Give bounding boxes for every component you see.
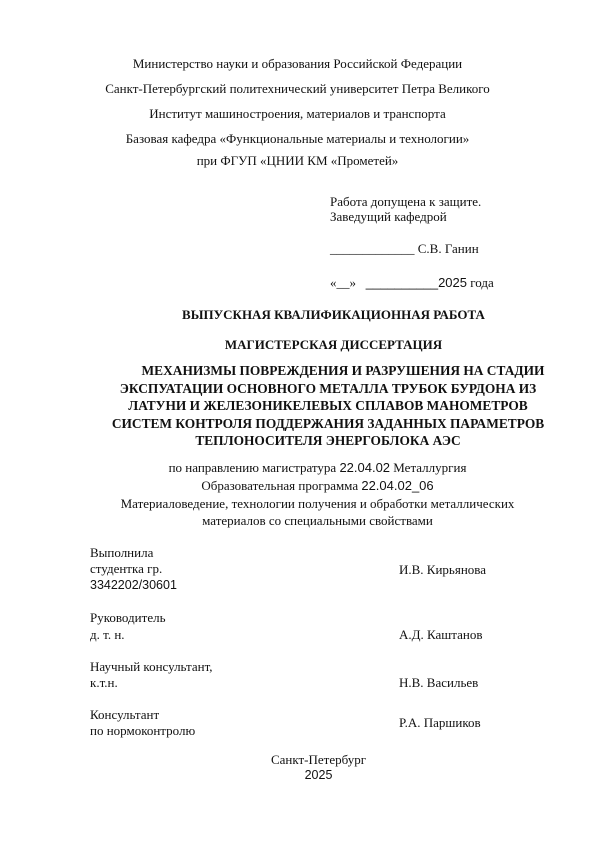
- footer-year: 2025: [0, 767, 595, 783]
- approval-head-title: Заведущий кафедрой: [330, 209, 447, 225]
- head-name: С.В. Ганин: [418, 241, 479, 256]
- footer-city: Санкт-Петербург: [0, 752, 595, 768]
- program-code: 22.04.02_06: [361, 478, 433, 493]
- thesis-title-line: ЛАТУНИ И ЖЕЛЕЗОНИКЕЛЕВЫХ СПЛАВОВ МАНОМЕТ…: [88, 397, 568, 415]
- header-ministry: Министерство науки и образования Российс…: [0, 56, 595, 72]
- signatory-role: Руководитель: [90, 610, 166, 626]
- degree-type: МАГИСТЕРСКАЯ ДИССЕРТАЦИЯ: [0, 337, 595, 353]
- header-university: Санкт-Петербургский политехнический унив…: [0, 81, 595, 97]
- program-code-line: Образовательная программа 22.04.02_06: [0, 478, 595, 494]
- program-direction: по направлению магистратура 22.04.02 Мет…: [0, 460, 595, 476]
- student-group: 3342202/30601: [90, 577, 177, 593]
- thesis-title-line: МЕХАНИЗМЫ ПОВРЕЖДЕНИЯ И РАЗРУШЕНИЯ НА СТ…: [88, 362, 568, 380]
- thesis-title-line: СИСТЕМ КОНТРОЛЯ ПОДДЕРЖАНИЯ ЗАДАННЫХ ПАР…: [88, 415, 568, 433]
- signatory-name: А.Д. Каштанов: [399, 627, 483, 643]
- program-name-line1: Материаловедение, технологии получения и…: [0, 496, 595, 512]
- signatory-role: Выполнила: [90, 545, 153, 561]
- signature-blank: _____________: [330, 241, 415, 256]
- signatory-role: к.т.н.: [90, 675, 118, 691]
- program-prefix: Образовательная программа: [201, 478, 358, 493]
- signatory-role: Научный консультант,: [90, 659, 213, 675]
- signatory-role: д. т. н.: [90, 627, 125, 643]
- signatory-name: Р.А. Паршиков: [399, 715, 481, 731]
- signatory-name: И.В. Кирьянова: [399, 562, 486, 578]
- thesis-title: МЕХАНИЗМЫ ПОВРЕЖДЕНИЯ И РАЗРУШЕНИЯ НА СТ…: [88, 362, 568, 450]
- date-suffix: года: [470, 275, 494, 290]
- header-organization: при ФГУП «ЦНИИ КМ «Прометей»: [0, 153, 595, 169]
- date-month-blank: __________: [366, 275, 438, 290]
- signatory-role: по нормоконтролю: [90, 723, 195, 739]
- header-institute: Институт машиностроения, материалов и тр…: [0, 106, 595, 122]
- signatory-role: студентка гр.: [90, 561, 162, 577]
- date-day: «__»: [330, 275, 356, 290]
- approval-date-line: «__» __________2025 года: [330, 275, 494, 291]
- date-year: 2025: [438, 275, 467, 290]
- signatory-name: Н.В. Васильев: [399, 675, 478, 691]
- header-department: Базовая кафедра «Функциональные материал…: [0, 131, 595, 147]
- thesis-title-line: ТЕПЛОНОСИТЕЛЯ ЭНЕРГОБЛОКА АЭС: [88, 432, 568, 450]
- direction-code: 22.04.02: [339, 460, 390, 475]
- signatory-role: Консультант: [90, 707, 159, 723]
- approval-signature-line: _____________ С.В. Ганин: [330, 241, 479, 257]
- direction-prefix: по направлению магистратура: [169, 460, 337, 475]
- direction-name: Металлургия: [393, 460, 466, 475]
- thesis-title-line: ЭКСПУАТАЦИИ ОСНОВНОГО МЕТАЛЛА ТРУБОК БУР…: [88, 380, 568, 398]
- program-name-line2: материалов со специальными свойствами: [0, 513, 595, 529]
- approval-admitted: Работа допущена к защите.: [330, 194, 481, 210]
- work-type: ВЫПУСКНАЯ КВАЛИФИКАЦИОННАЯ РАБОТА: [0, 307, 595, 323]
